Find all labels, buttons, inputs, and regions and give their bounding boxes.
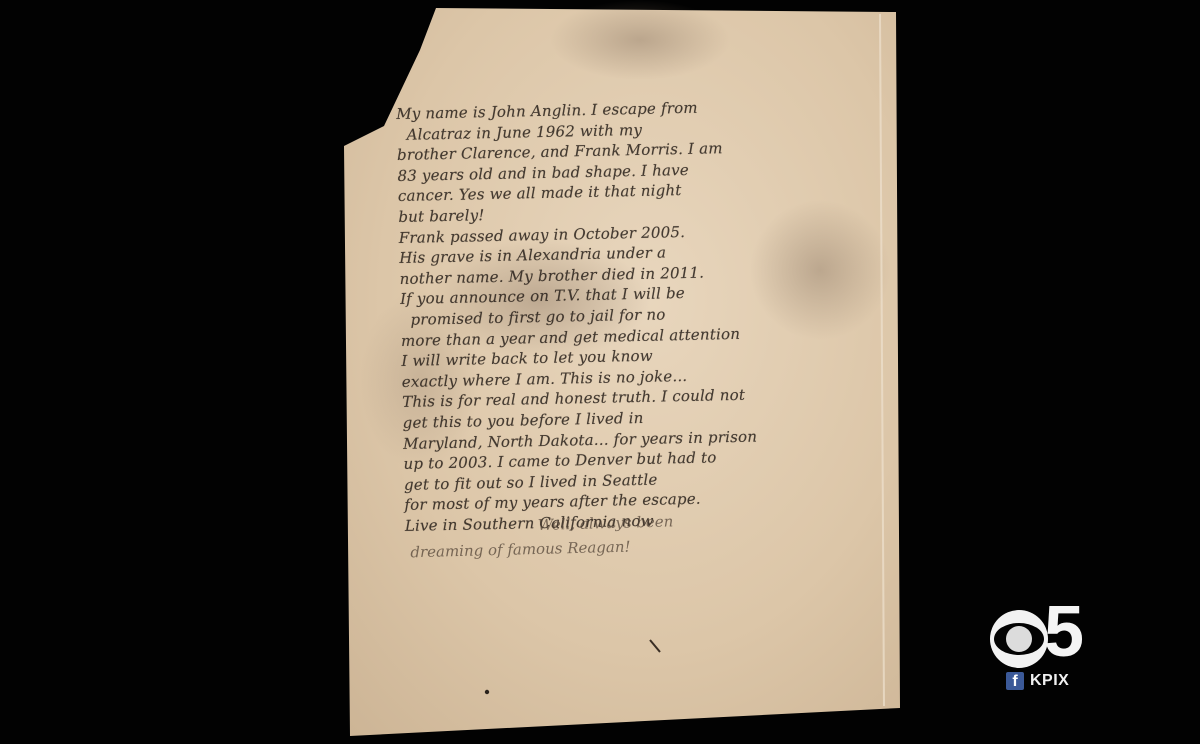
station-number: 5 (1044, 596, 1082, 668)
facebook-icon: f (1006, 672, 1024, 690)
handwritten-letter-body: My name is John Anglin. I escape from Al… (396, 94, 865, 536)
letter-closing: Well, always been dreaming of famous Rea… (409, 508, 740, 565)
cbs-eye-icon (990, 610, 1048, 668)
station-handle: KPIX (1030, 672, 1069, 690)
video-frame: My name is John Anglin. I escape from Al… (0, 0, 1200, 744)
station-logo: 5 f KPIX (986, 606, 1096, 692)
